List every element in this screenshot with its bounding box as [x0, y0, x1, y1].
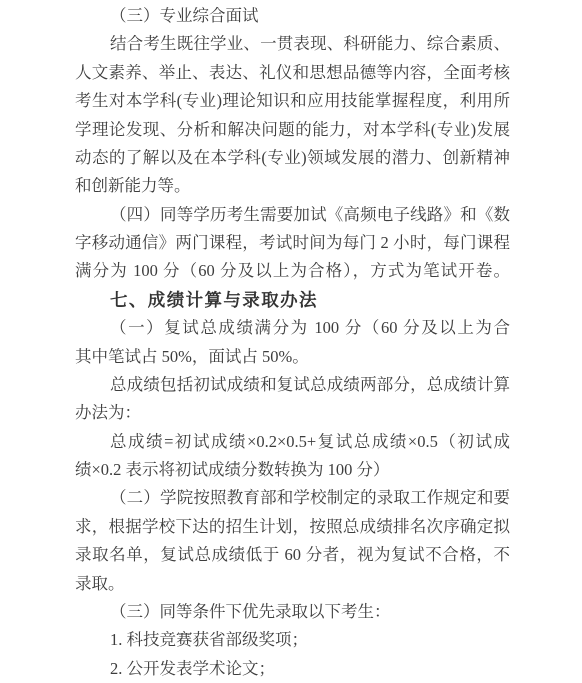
text-line: 字移动通信》两门课程，考试时间为每门 2 小时，每门课程	[75, 229, 510, 257]
text-line: （二）学院按照教育部和学校制定的录取工作规定和要	[75, 484, 510, 512]
text-line: 录取名单，复试总成绩低于 60 分者，视为复试不合格，不予	[75, 541, 510, 569]
document-page: （三）专业综合面试结合考生既往学业、一贯表现、科研能力、综合素质、人文素养、举止…	[0, 0, 582, 683]
text-line: 2. 公开发表学术论文；	[75, 655, 510, 683]
text-line: 结合考生既往学业、一贯表现、科研能力、综合素质、	[75, 30, 510, 58]
text-line: （一）复试总成绩满分为 100 分（60 分及以上为合格），	[75, 314, 510, 342]
text-line: 办法为：	[75, 399, 510, 427]
text-line: 动态的了解以及在本学科(专业)领域发展的潜力、创新精神	[75, 144, 510, 172]
text-line: 和创新能力等。	[75, 172, 510, 200]
text-line: 绩×0.2 表示将初试成绩分数转换为 100 分）	[75, 456, 510, 484]
section-heading: 七、成绩计算与录取办法	[75, 286, 510, 314]
text-line: 录取。	[75, 570, 510, 598]
document-body: （三）专业综合面试结合考生既往学业、一贯表现、科研能力、综合素质、人文素养、举止…	[75, 2, 510, 683]
text-line: （三）同等条件下优先录取以下考生：	[75, 598, 510, 626]
text-line: 考生对本学科(专业)理论知识和应用技能掌握程度，利用所	[75, 87, 510, 115]
text-line: 其中笔试占 50%，面试占 50%。	[75, 343, 510, 371]
text-line: 总成绩=初试成绩×0.2×0.5+复试总成绩×0.5（初试成	[75, 428, 510, 456]
text-line: 人文素养、举止、表达、礼仪和思想品德等内容，全面考核	[75, 59, 510, 87]
text-line: 总成绩包括初试成绩和复试总成绩两部分，总成绩计算	[75, 371, 510, 399]
text-line: 1. 科技竞赛获省部级奖项；	[75, 626, 510, 654]
text-line: （三）专业综合面试	[75, 2, 510, 30]
text-line: 满分为 100 分（60 分及以上为合格），方式为笔试开卷。	[75, 257, 510, 285]
text-line: 学理论发现、分析和解决问题的能力，对本学科(专业)发展	[75, 116, 510, 144]
text-line: （四）同等学历考生需要加试《高频电子线路》和《数	[75, 201, 510, 229]
text-line: 求，根据学校下达的招生计划，按照总成绩排名次序确定拟	[75, 513, 510, 541]
